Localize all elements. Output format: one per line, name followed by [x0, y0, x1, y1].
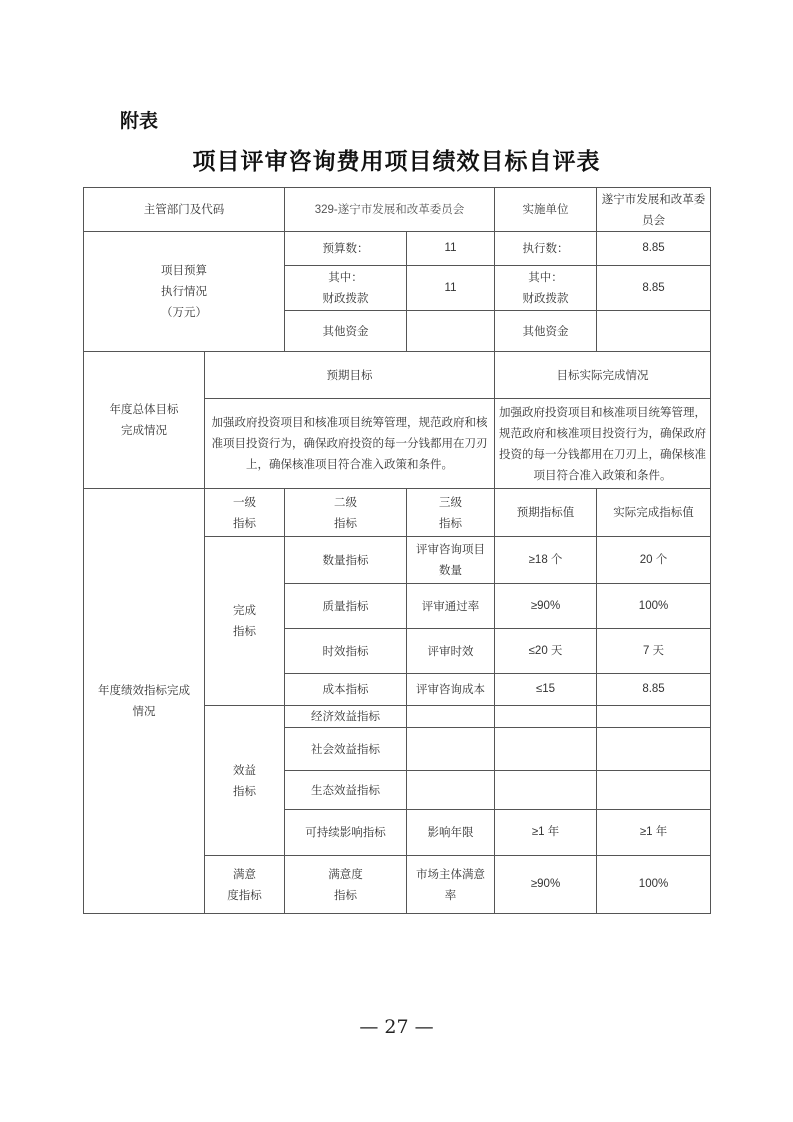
level2-cell: 经济效益指标	[285, 706, 407, 728]
other-exec-label: 其他资金	[495, 311, 597, 352]
dept-label: 主管部门及代码	[84, 188, 285, 232]
actual-value: ≥1 年	[597, 810, 711, 856]
expected-value: ≥18 个	[495, 537, 597, 584]
budget-amount-label: 预算数：	[285, 232, 407, 266]
level1-satisfaction: 满意度指标	[205, 856, 285, 914]
level2-cell: 质量指标	[285, 584, 407, 629]
level2-header: 二级指标	[285, 489, 407, 537]
expected-value: ≥90%	[495, 584, 597, 629]
level2-cell: 满意度指标	[285, 856, 407, 914]
budget-amount-value: 11	[407, 232, 495, 266]
budget-label: 项目预算 执行情况 （万元）	[84, 232, 285, 352]
expected-value-header: 预期指标值	[495, 489, 597, 537]
budget-row: 项目预算 执行情况 （万元） 预算数： 11 执行数： 8.85	[84, 232, 711, 266]
actual-value: 7 天	[597, 629, 711, 674]
expected-value	[495, 728, 597, 771]
expected-value: ≤20 天	[495, 629, 597, 674]
actual-value	[597, 728, 711, 771]
actual-value	[597, 771, 711, 810]
other-budget-label: 其他资金	[285, 311, 407, 352]
level2-cell: 生态效益指标	[285, 771, 407, 810]
expected-value: ≤15	[495, 674, 597, 706]
actual-value-header: 实际完成指标值	[597, 489, 711, 537]
dept-value: 329-遂宁市发展和改革委员会	[285, 188, 495, 232]
other-exec-value	[597, 311, 711, 352]
other-budget-value	[407, 311, 495, 352]
impl-unit-value: 遂宁市发展和改革委员会	[597, 188, 711, 232]
level3-header: 三级指标	[407, 489, 495, 537]
page-title: 项目评审咨询费用项目绩效目标自评表	[0, 143, 793, 176]
actual-value: 100%	[597, 856, 711, 914]
annual-goal-header-row: 年度总体目标完成情况 预期目标 目标实际完成情况	[84, 352, 711, 399]
actual-value: 100%	[597, 584, 711, 629]
level2-cell: 成本指标	[285, 674, 407, 706]
level3-cell: 评审时效	[407, 629, 495, 674]
level3-cell: 影响年限	[407, 810, 495, 856]
level3-cell	[407, 771, 495, 810]
level2-cell: 时效指标	[285, 629, 407, 674]
actual-goal-header: 目标实际完成情况	[495, 352, 711, 399]
level3-cell: 评审咨询成本	[407, 674, 495, 706]
level3-cell: 评审通过率	[407, 584, 495, 629]
page-number: — 27 —	[0, 1016, 793, 1038]
expected-goal-header: 预期目标	[205, 352, 495, 399]
expected-value: ≥1 年	[495, 810, 597, 856]
expected-goal-text: 加强政府投资项目和核准项目统筹管理，规范政府和核准项目投资行为，确保政府投资的每…	[205, 399, 495, 489]
level3-cell	[407, 728, 495, 771]
fiscal-budget-label: 其中：财政拨款	[285, 266, 407, 311]
actual-value: 8.85	[597, 674, 711, 706]
actual-value	[597, 706, 711, 728]
level2-cell: 社会效益指标	[285, 728, 407, 771]
impl-unit-label: 实施单位	[495, 188, 597, 232]
performance-evaluation-table: 主管部门及代码 329-遂宁市发展和改革委员会 实施单位 遂宁市发展和改革委员会…	[83, 187, 711, 914]
actual-value: 20 个	[597, 537, 711, 584]
expected-value	[495, 771, 597, 810]
actual-goal-text: 加强政府投资项目和核准项目统筹管理，规范政府和核准项目投资行为，确保政府投资的每…	[495, 399, 711, 489]
exec-amount-value: 8.85	[597, 232, 711, 266]
annex-label: 附表	[120, 106, 158, 133]
annual-goal-label: 年度总体目标完成情况	[84, 352, 205, 489]
expected-value: ≥90%	[495, 856, 597, 914]
level2-cell: 数量指标	[285, 537, 407, 584]
level3-cell: 评审咨询项目数量	[407, 537, 495, 584]
indicator-header-row: 年度绩效指标完成情况 一级指标 二级指标 三级指标 预期指标值 实际完成指标值	[84, 489, 711, 537]
level2-cell: 可持续影响指标	[285, 810, 407, 856]
fiscal-exec-label: 其中：财政拨款	[495, 266, 597, 311]
performance-label: 年度绩效指标完成情况	[84, 489, 205, 914]
level3-cell: 市场主体满意率	[407, 856, 495, 914]
fiscal-exec-value: 8.85	[597, 266, 711, 311]
level3-cell	[407, 706, 495, 728]
dept-row: 主管部门及代码 329-遂宁市发展和改革委员会 实施单位 遂宁市发展和改革委员会	[84, 188, 711, 232]
level1-header: 一级指标	[205, 489, 285, 537]
exec-amount-label: 执行数：	[495, 232, 597, 266]
expected-value	[495, 706, 597, 728]
fiscal-budget-value: 11	[407, 266, 495, 311]
level1-benefit: 效益指标	[205, 706, 285, 856]
level1-completion: 完成指标	[205, 537, 285, 706]
